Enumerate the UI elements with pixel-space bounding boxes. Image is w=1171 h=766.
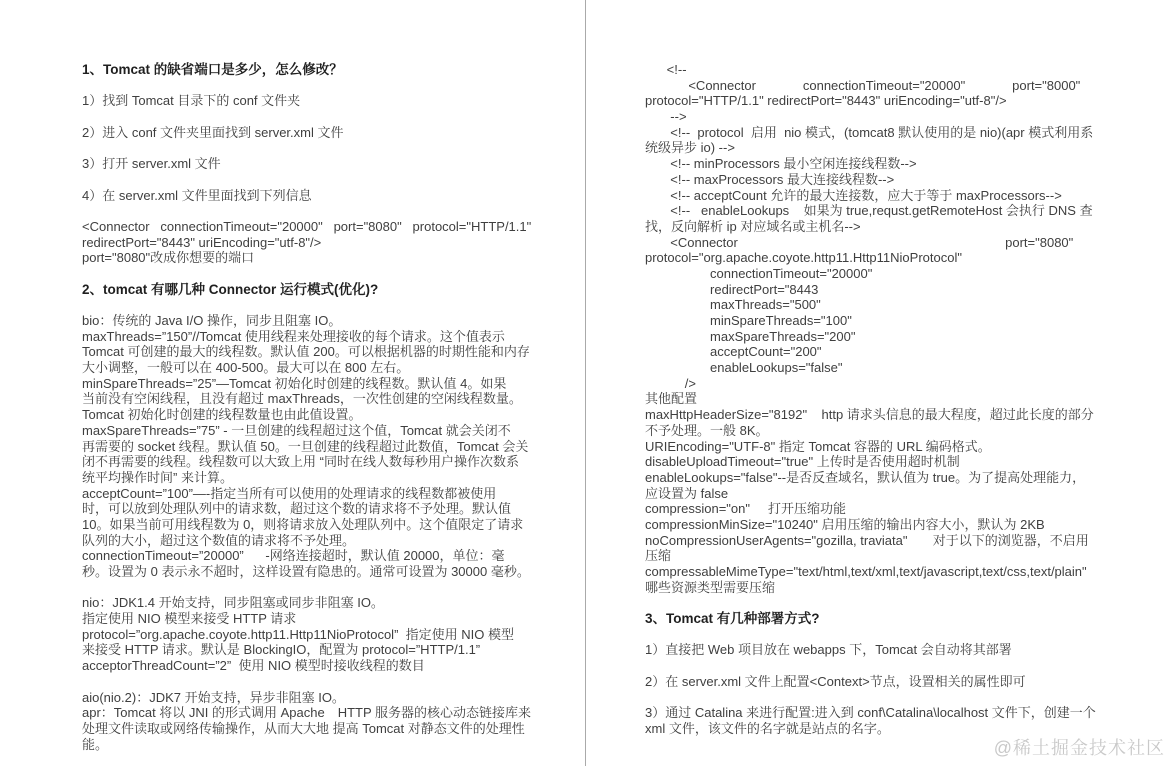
text-line: maxSpareThreads="200" xyxy=(645,329,1095,345)
text-line: connectionTimeout=”20000” -网络连接超时，默认值 20… xyxy=(82,548,582,564)
text-line: 不予处理。一般 8K。 xyxy=(645,423,1095,439)
blank-line xyxy=(645,658,1095,674)
text-line: 来接受 HTTP 请求。默认是 BlockingIO，配置为 protocol=… xyxy=(82,642,582,658)
text-line: 统平均操作时间” 来计算。 xyxy=(82,470,582,486)
blank-line xyxy=(82,109,582,125)
text-line: 2）在 server.xml 文件上配置<Context>节点，设置相关的属性即… xyxy=(645,674,1095,690)
text-line: 统级异步 io) --> xyxy=(645,140,1095,156)
text-line: <Connector connectionTimeout="20000" por… xyxy=(82,219,582,235)
text-line: compressionMinSize="10240" 启用压缩的输出内容大小，默… xyxy=(645,517,1095,533)
text-line: acceptCount=”100”—-指定当所有可以使用的处理请求的线程数都被使… xyxy=(82,486,582,502)
text-line: URIEncoding="UTF-8" 指定 Tomcat 容器的 URL 编码… xyxy=(645,439,1095,455)
text-line: redirectPort="8443" uriEncoding="utf-8"/… xyxy=(82,235,582,251)
right-column: <!-- <Connector connectionTimeout="20000… xyxy=(645,62,1095,737)
text-line: <Connector port="8080" xyxy=(645,235,1095,251)
document-page: 1、Tomcat 的缺省端口是多少，怎么修改？ 1）找到 Tomcat 目录下的… xyxy=(0,0,1171,766)
text-line: enableLookups="false" xyxy=(645,360,1095,376)
text-line: 3）通过 Catalina 来进行配置:进入到 conf\Catalina\lo… xyxy=(645,705,1095,721)
text-line: 10。如果当前可用线程数为 0，则将请求放入处理队列中。这个值限定了请求 xyxy=(82,517,582,533)
text-line: <!-- maxProcessors 最大连接线程数--> xyxy=(645,172,1095,188)
text-line: --> xyxy=(645,109,1095,125)
text-line: maxThreads=”150”//Tomcat 使用线程来处理接收的每个请求。… xyxy=(82,329,582,345)
text-line: protocol="org.apache.coyote.http11.Http1… xyxy=(645,250,1095,266)
text-line: 找，反向解析 ip 对应域名或主机名--> xyxy=(645,219,1095,235)
text-line: 处理文件读取或网络传输操作，从而大大地 提高 Tomcat 对静态文件的处理性 xyxy=(82,721,582,737)
text-line: acceptCount="200" xyxy=(645,344,1095,360)
text-line: 压缩 xyxy=(645,548,1095,564)
watermark: @稀土掘金技术社区 xyxy=(994,734,1165,760)
text-line: disableUploadTimeout="true" 上传时是否使用超时机制 xyxy=(645,454,1095,470)
text-line: 4）在 server.xml 文件里面找到下列信息 xyxy=(82,188,582,204)
text-line: maxHttpHeaderSize="8192" http 请求头信息的最大程度… xyxy=(645,407,1095,423)
text-line: apr：Tomcat 将以 JNI 的形式调用 Apache HTTP 服务器的… xyxy=(82,705,582,721)
text-line: 3）打开 server.xml 文件 xyxy=(82,156,582,172)
blank-line xyxy=(82,266,582,282)
text-line: <!-- acceptCount 允许的最大连接数，应大于等于 maxProce… xyxy=(645,188,1095,204)
text-line: Tomcat 可创建的最大的线程数。默认值 200。可以根据机器的时期性能和内存 xyxy=(82,344,582,360)
text-line: protocol=”org.apache.coyote.http11.Http1… xyxy=(82,627,582,643)
text-line: bio：传统的 Java I/O 操作，同步且阻塞 IO。 xyxy=(82,313,582,329)
text-line: <Connector connectionTimeout="20000" por… xyxy=(645,78,1095,94)
text-line: minSpareThreads="100" xyxy=(645,313,1095,329)
text-line: maxSpareThreads=”75” - 一旦创建的线程超过这个值，Tomc… xyxy=(82,423,582,439)
text-line: 秒。设置为 0 表示永不超时，这样设置有隐患的。通常可设置为 30000 毫秒。 xyxy=(82,564,582,580)
text-line: aio(nio.2)：JDK7 开始支持，异步非阻塞 IO。 xyxy=(82,690,582,706)
text-line: 当前没有空闲线程，且没有超过 maxThreads，一次性创建的空闲线程数量。 xyxy=(82,391,582,407)
section-heading: 1、Tomcat 的缺省端口是多少，怎么修改？ xyxy=(82,62,582,78)
blank-line xyxy=(82,172,582,188)
text-line: noCompressionUserAgents="gozilla, travia… xyxy=(645,533,1095,549)
text-line: maxThreads="500" xyxy=(645,297,1095,313)
text-line: <!-- minProcessors 最小空闲连接线程数--> xyxy=(645,156,1095,172)
blank-line xyxy=(82,203,582,219)
text-line: compression="on" 打开压缩功能 xyxy=(645,501,1095,517)
text-line: 指定使用 NIO 模型来接受 HTTP 请求 xyxy=(82,611,582,627)
text-line: 再需要的 socket 线程。默认值 50。一旦创建的线程超过此数值，Tomca… xyxy=(82,439,582,455)
text-line: /> xyxy=(645,376,1095,392)
blank-line xyxy=(82,140,582,156)
text-line: redirectPort="8443 xyxy=(645,282,1095,298)
text-line: 时，可以放到处理队列中的请求数，超过这个数的请求将不予处理。默认值 xyxy=(82,501,582,517)
text-line: acceptorThreadCount=”2” 使用 NIO 模型时接收线程的数… xyxy=(82,658,582,674)
page-divider xyxy=(585,0,586,766)
text-line: 1）直接把 Web 项目放在 webapps 下，Tomcat 会自动将其部署 xyxy=(645,642,1095,658)
section-heading: 2、tomcat 有哪几种 Connector 运行模式(优化)? xyxy=(82,282,582,298)
text-line: compressableMimeType="text/html,text/xml… xyxy=(645,564,1095,580)
blank-line xyxy=(645,595,1095,611)
text-line: 大小调整，一般可以在 400-500。最大可以在 800 左右。 xyxy=(82,360,582,376)
blank-line xyxy=(82,297,582,313)
text-line: enableLookups="false"--是否反查域名，默认值为 true。… xyxy=(645,470,1095,486)
text-line: 哪些资源类型需要压缩 xyxy=(645,580,1095,596)
text-line: 应设置为 false xyxy=(645,486,1095,502)
blank-line xyxy=(82,78,582,94)
text-line: port="8080"改成你想要的端口 xyxy=(82,250,582,266)
text-line: 队列的大小，超过这个数值的请求将不予处理。 xyxy=(82,533,582,549)
text-line: <!-- xyxy=(645,62,1095,78)
text-line: <!-- protocol 启用 nio 模式，(tomcat8 默认使用的是 … xyxy=(645,125,1095,141)
text-line: minSpareThreads=”25”—Tomcat 初始化时创建的线程数。默… xyxy=(82,376,582,392)
section-heading: 3、Tomcat 有几种部署方式? xyxy=(645,611,1095,627)
text-line: <!-- enableLookups 如果为 true,requst.getRe… xyxy=(645,203,1095,219)
text-line: 其他配置 xyxy=(645,391,1095,407)
text-line: connectionTimeout="20000" xyxy=(645,266,1095,282)
text-line: nio：JDK1.4 开始支持，同步阻塞或同步非阻塞 IO。 xyxy=(82,595,582,611)
left-column: 1、Tomcat 的缺省端口是多少，怎么修改？ 1）找到 Tomcat 目录下的… xyxy=(82,62,582,752)
text-line: protocol="HTTP/1.1" redirectPort="8443" … xyxy=(645,93,1095,109)
blank-line xyxy=(645,690,1095,706)
text-line: 能。 xyxy=(82,737,582,753)
text-line: 闭不再需要的线程。线程数可以大致上用 “同时在线人数每秒用户操作次数系 xyxy=(82,454,582,470)
blank-line xyxy=(82,580,582,596)
text-line: 2）进入 conf 文件夹里面找到 server.xml 文件 xyxy=(82,125,582,141)
blank-line xyxy=(645,627,1095,643)
blank-line xyxy=(82,674,582,690)
text-line: Tomcat 初始化时创建的线程数量也由此值设置。 xyxy=(82,407,582,423)
text-line: 1）找到 Tomcat 目录下的 conf 文件夹 xyxy=(82,93,582,109)
